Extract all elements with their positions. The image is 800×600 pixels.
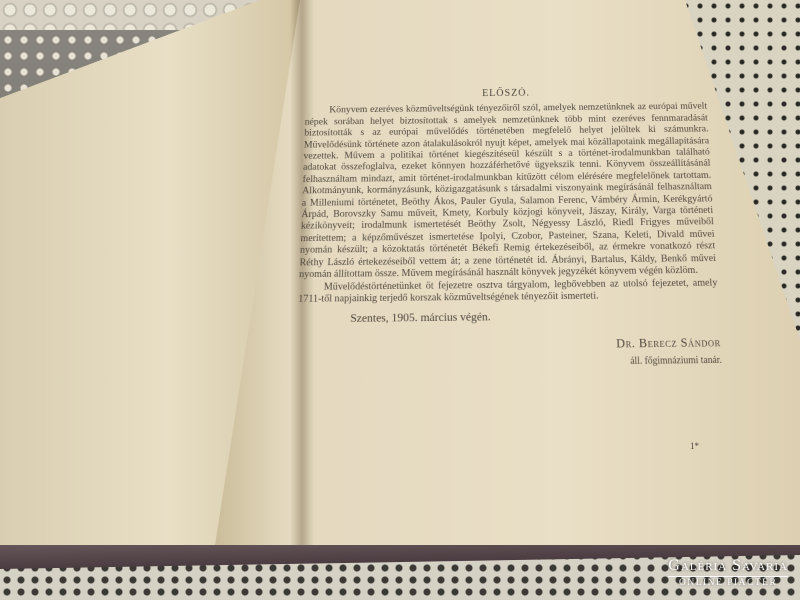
watermark-main: Galéria Savaria [668, 557, 788, 575]
author-signature: Dr. Berecz Sándor [296, 337, 721, 354]
page-number: 1* [690, 441, 699, 451]
watermark-sub: ONLINE PIACTÉR [668, 576, 788, 588]
place-date: Szentes, 1905. március végén. [297, 310, 719, 327]
photo-scene: ELŐSZÓ. Könyvem ezeréves közműveltségünk… [0, 0, 800, 600]
watermark-logo: Galéria Savaria ONLINE PIACTÉR [668, 557, 788, 588]
preface-text: ELŐSZÓ. Könyvem ezeréves közműveltségünk… [296, 86, 723, 372]
preface-paragraph-1: Könyvem ezeréves közműveltségünk tényező… [299, 101, 717, 281]
preface-paragraph-2: Művelődéstörténetünket öt fejezetre oszt… [298, 276, 718, 305]
